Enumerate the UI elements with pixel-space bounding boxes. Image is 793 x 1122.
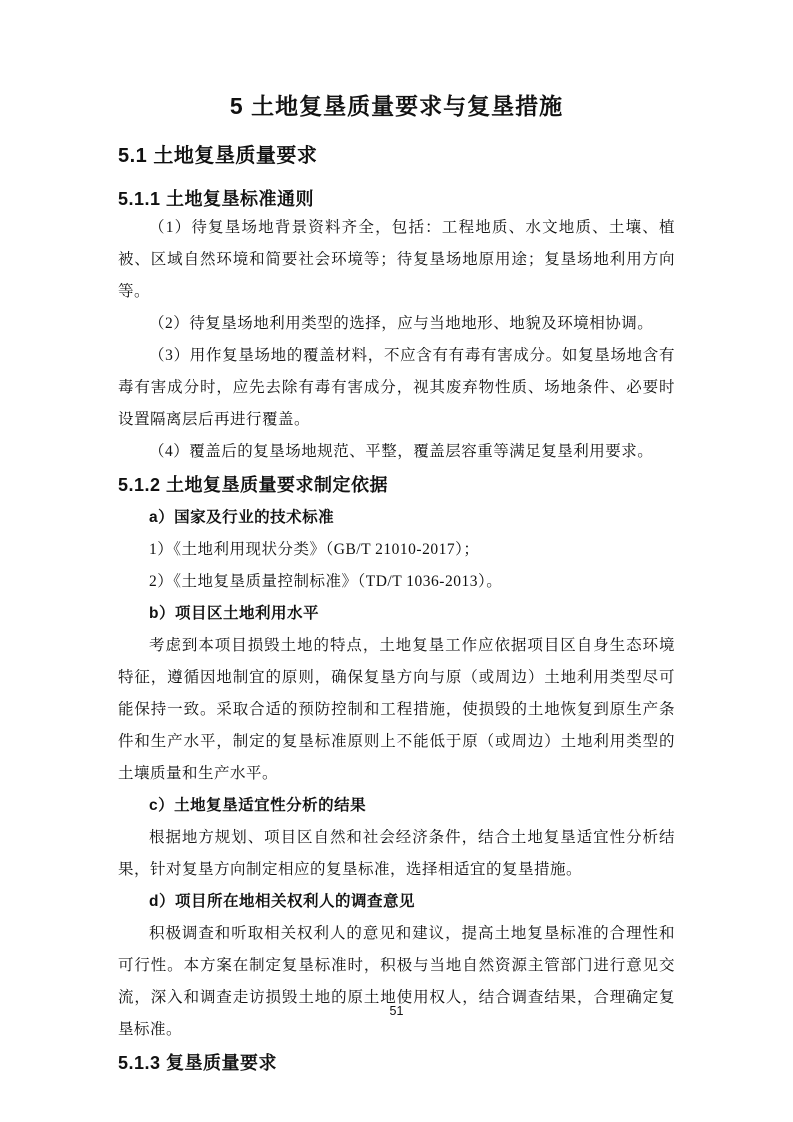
item-d-heading: d）项目所在地相关权利人的调查意见 [118,886,675,918]
item-c-heading: c）土地复垦适宜性分析的结果 [118,790,675,822]
page-number: 51 [0,1004,793,1018]
reference-item-2: 2）《土地复垦质量控制标准》（TD/T 1036-2013）。 [118,566,675,598]
item-c-paragraph: 根据地方规划、项目区自然和社会经济条件，结合土地复垦适宜性分析结果，针对复垦方向… [118,822,675,886]
paragraph-standard-rule-4: （4）覆盖后的复垦场地规范、平整，覆盖层容重等满足复垦利用要求。 [118,436,675,468]
paragraph-standard-rule-3: （3）用作复垦场地的覆盖材料，不应含有有毒有害成分。如复垦场地含有毒有害成分时，… [118,340,675,436]
item-a-heading: a）国家及行业的技术标准 [118,502,675,534]
section-heading-5-1-3: 5.1.3 复垦质量要求 [118,1050,675,1076]
paragraph-standard-rule-2: （2）待复垦场地利用类型的选择，应与当地地形、地貌及环境相协调。 [118,308,675,340]
paragraph-standard-rule-1: （1）待复垦场地背景资料齐全，包括：工程地质、水文地质、土壤、植被、区域自然环境… [118,212,675,308]
reference-item-1: 1）《土地利用现状分类》（GB/T 21010-2017）； [118,534,675,566]
section-heading-5-1: 5.1 土地复垦质量要求 [118,142,675,170]
chapter-title: 5 土地复垦质量要求与复垦措施 [118,90,675,122]
item-d-paragraph: 积极调查和听取相关权利人的意见和建议，提高土地复垦标准的合理性和可行性。本方案在… [118,918,675,1046]
item-b-heading: b）项目区土地利用水平 [118,598,675,630]
section-heading-5-1-1: 5.1.1 土地复垦标准通则 [118,186,675,212]
item-b-paragraph: 考虑到本项目损毁土地的特点，土地复垦工作应依据项目区自身生态环境特征，遵循因地制… [118,630,675,790]
section-heading-5-1-2: 5.1.2 土地复垦质量要求制定依据 [118,472,675,498]
document-page: 5 土地复垦质量要求与复垦措施 5.1 土地复垦质量要求 5.1.1 土地复垦标… [0,0,793,1122]
